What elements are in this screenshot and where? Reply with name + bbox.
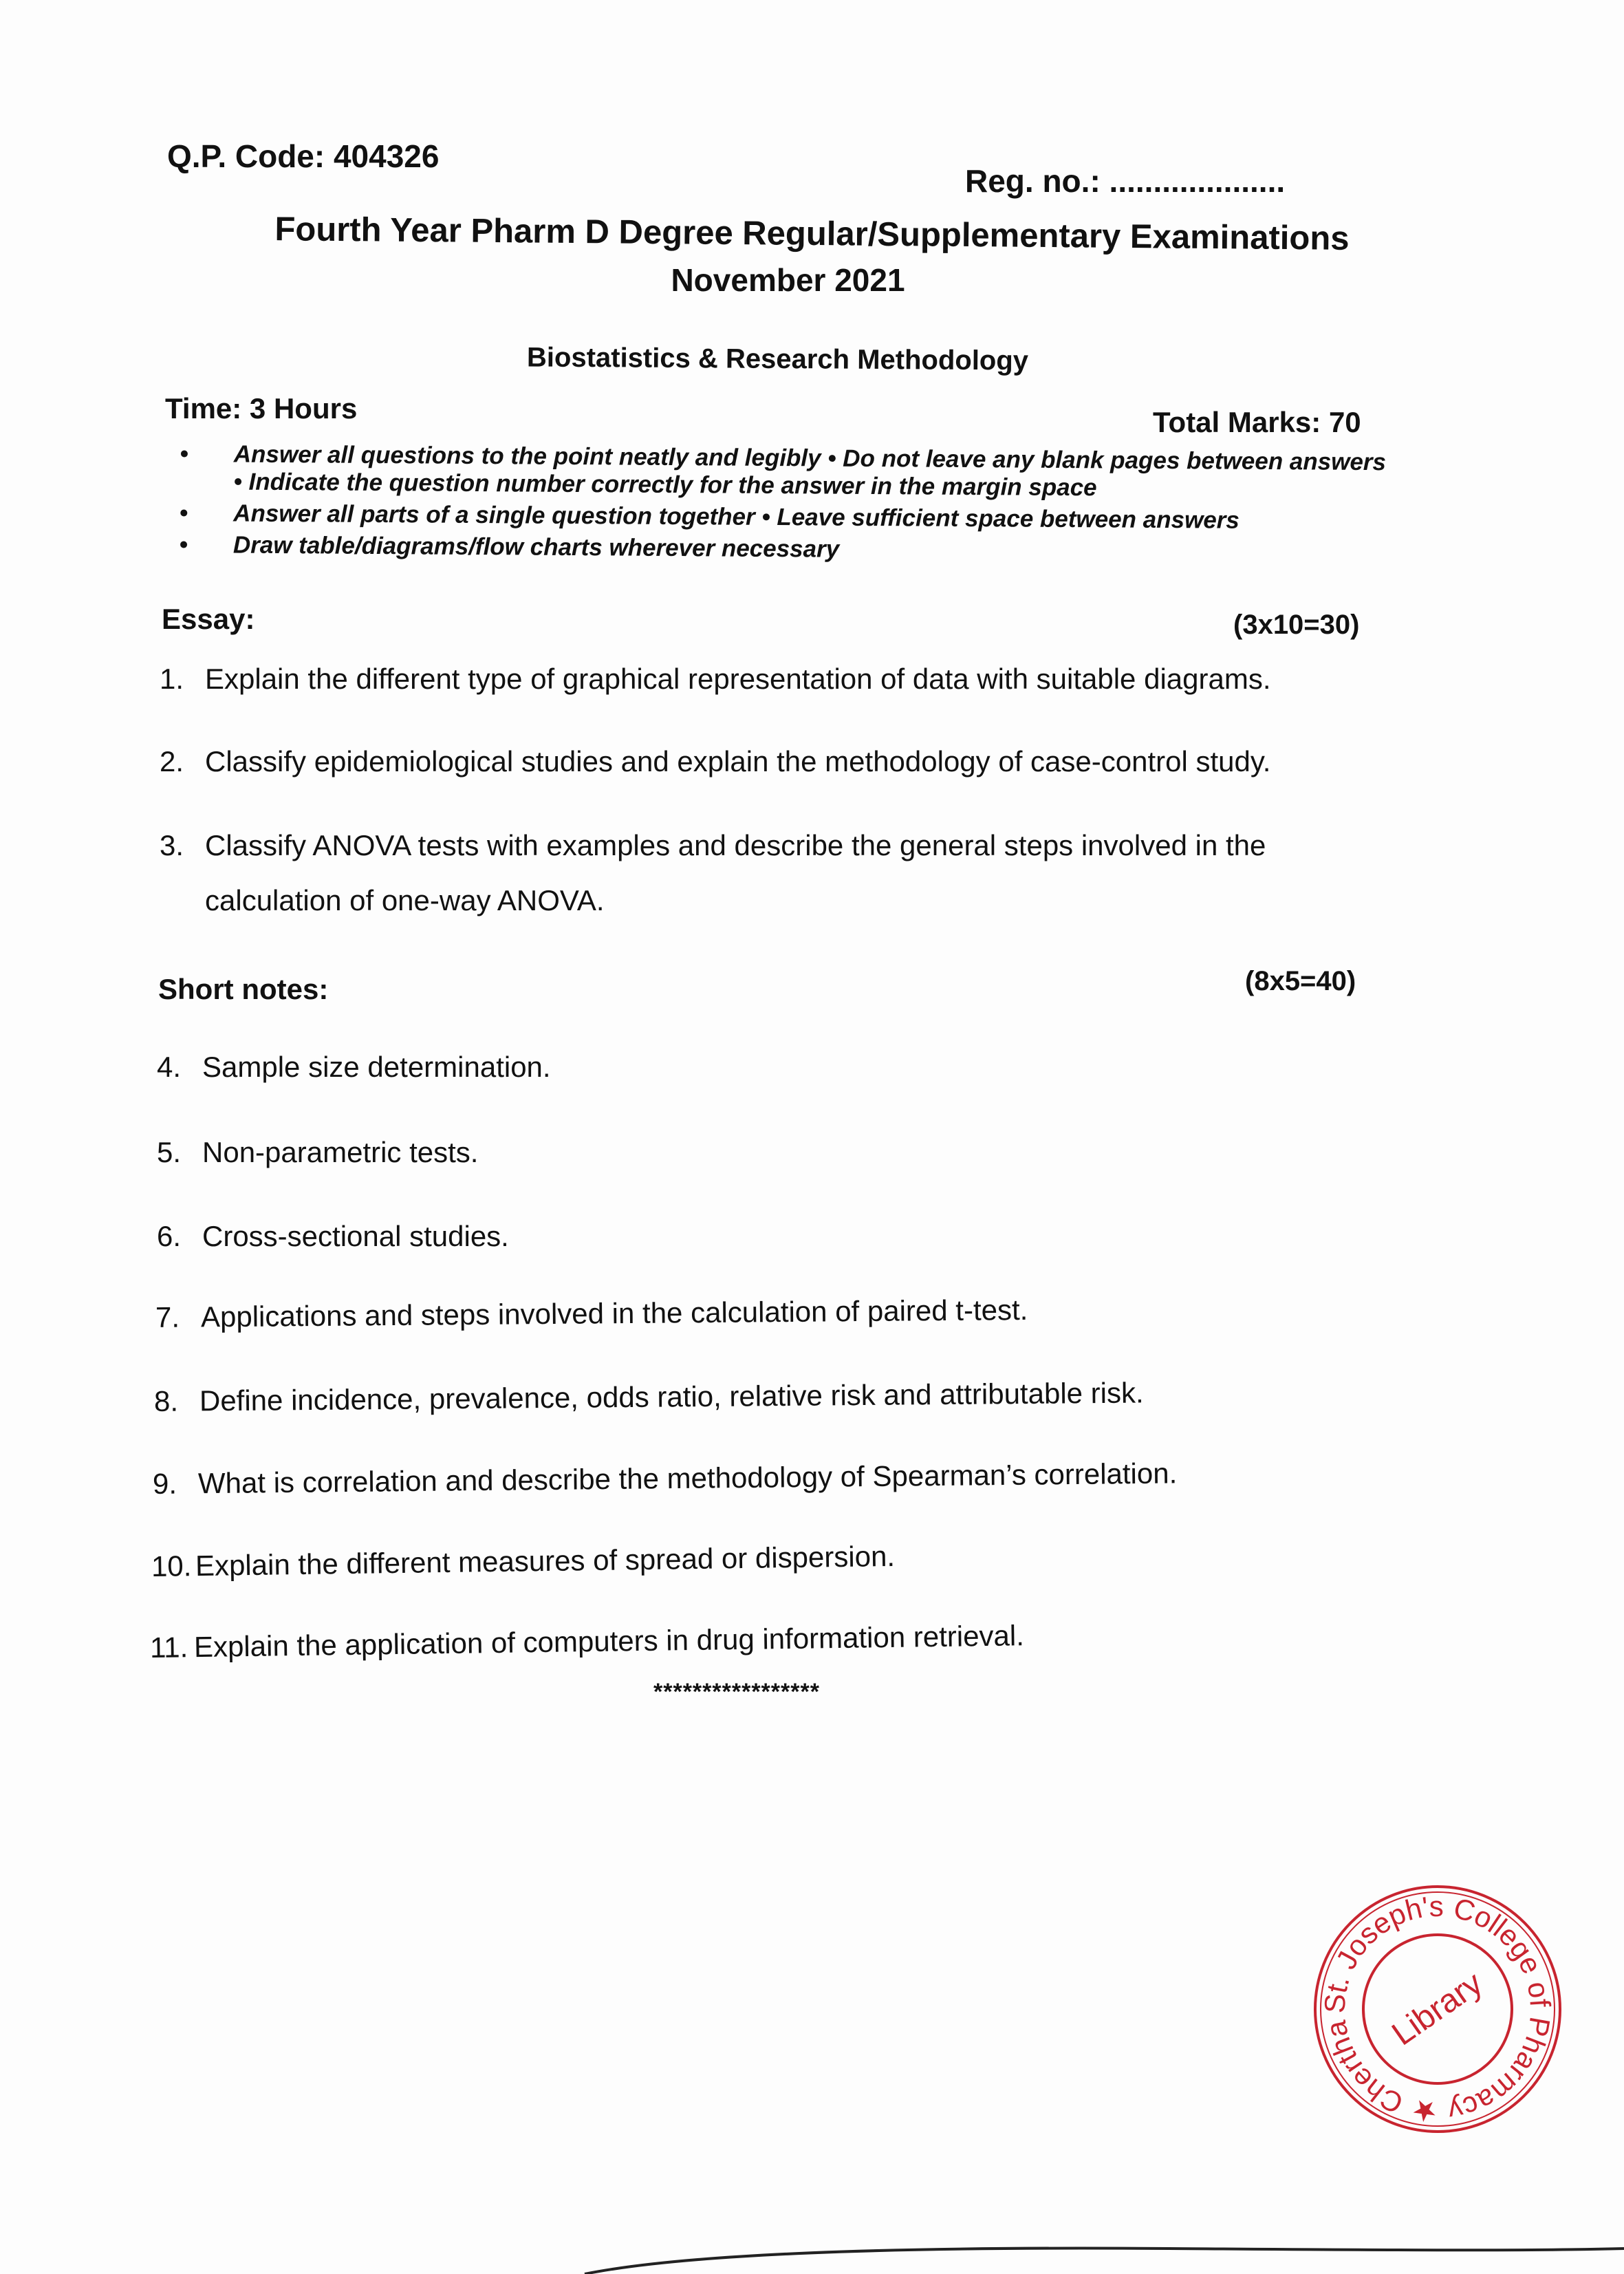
question-text: Define incidence, prevalence, odds ratio…	[199, 1376, 1144, 1417]
question-4: 4.Sample size determination.	[157, 1050, 551, 1084]
exam-date: November 2021	[0, 261, 1600, 299]
question-text: Classify epidemiological studies and exp…	[205, 745, 1270, 777]
question-number: 2.	[160, 744, 205, 779]
short-notes-heading: Short notes:	[158, 973, 328, 1006]
question-text: What is correlation and describe the met…	[198, 1457, 1178, 1499]
question-text: Explain the different measures of spread…	[195, 1540, 896, 1582]
stamp-seal-icon: St. Joseph's College of Pharmacy ★ Chert…	[1310, 1882, 1565, 2136]
end-of-paper-marker: *****************	[653, 1679, 820, 1706]
question-text: Explain the different type of graphical …	[205, 663, 1271, 695]
essay-marks: (3x10=30)	[1233, 610, 1359, 641]
short-notes-marks: (8x5=40)	[1245, 966, 1356, 997]
instruction-item: Answer all parts of a single question to…	[180, 500, 1390, 535]
question-text: Classify ANOVA tests with examples and d…	[205, 829, 1266, 861]
question-text: Cross-sectional studies.	[202, 1220, 509, 1252]
question-number: 1.	[160, 662, 205, 696]
instruction-item: Draw table/diagrams/flow charts wherever…	[180, 531, 1390, 567]
question-2: 2.Classify epidemiological studies and e…	[160, 744, 1270, 779]
total-marks: Total Marks: 70	[1153, 406, 1361, 439]
qp-code: Q.P. Code: 404326	[167, 138, 439, 175]
question-8: 8.Define incidence, prevalence, odds rat…	[154, 1375, 1144, 1419]
registration-number-field: Reg. no.: ....................	[965, 162, 1285, 200]
question-number: 3.	[160, 828, 205, 863]
question-6: 6.Cross-sectional studies.	[157, 1219, 509, 1254]
question-3: 3.Classify ANOVA tests with examples and…	[160, 828, 1266, 863]
subject-title: Biostatistics & Research Methodology	[0, 339, 1590, 380]
page-edge-line	[550, 2243, 1624, 2274]
svg-text:Library: Library	[1385, 1965, 1489, 2053]
question-number: 8.	[154, 1384, 199, 1419]
exam-title: Fourth Year Pharm D Degree Regular/Suppl…	[0, 208, 1624, 261]
question-10: 10.Explain the different measures of spr…	[151, 1539, 896, 1584]
instruction-item: Answer all questions to the point neatly…	[180, 440, 1391, 504]
essay-heading: Essay:	[162, 603, 255, 636]
question-text: Applications and steps involved in the c…	[201, 1294, 1028, 1333]
question-number: 11.	[150, 1630, 195, 1665]
question-number: 6.	[157, 1219, 202, 1254]
question-5: 5.Non-parametric tests.	[157, 1135, 478, 1170]
question-text: Explain the application of computers in …	[194, 1619, 1025, 1663]
question-number: 7.	[155, 1300, 201, 1335]
question-number: 5.	[157, 1135, 202, 1170]
instructions-list: Answer all questions to the point neatly…	[180, 440, 1391, 571]
question-7: 7.Applications and steps involved in the…	[155, 1293, 1028, 1335]
question-number: 10.	[151, 1549, 196, 1584]
question-1: 1.Explain the different type of graphica…	[160, 662, 1271, 696]
exam-duration: Time: 3 Hours	[165, 392, 357, 425]
question-11: 11.Explain the application of computers …	[150, 1618, 1025, 1665]
question-3-continued: calculation of one-way ANOVA.	[205, 883, 605, 918]
question-9: 9.What is correlation and describe the m…	[153, 1456, 1178, 1501]
library-stamp: St. Joseph's College of Pharmacy ★ Chert…	[1310, 1882, 1565, 2136]
question-text: Non-parametric tests.	[202, 1136, 478, 1168]
question-text: Sample size determination.	[202, 1051, 551, 1083]
question-number: 9.	[153, 1466, 199, 1501]
question-number: 4.	[157, 1050, 202, 1084]
